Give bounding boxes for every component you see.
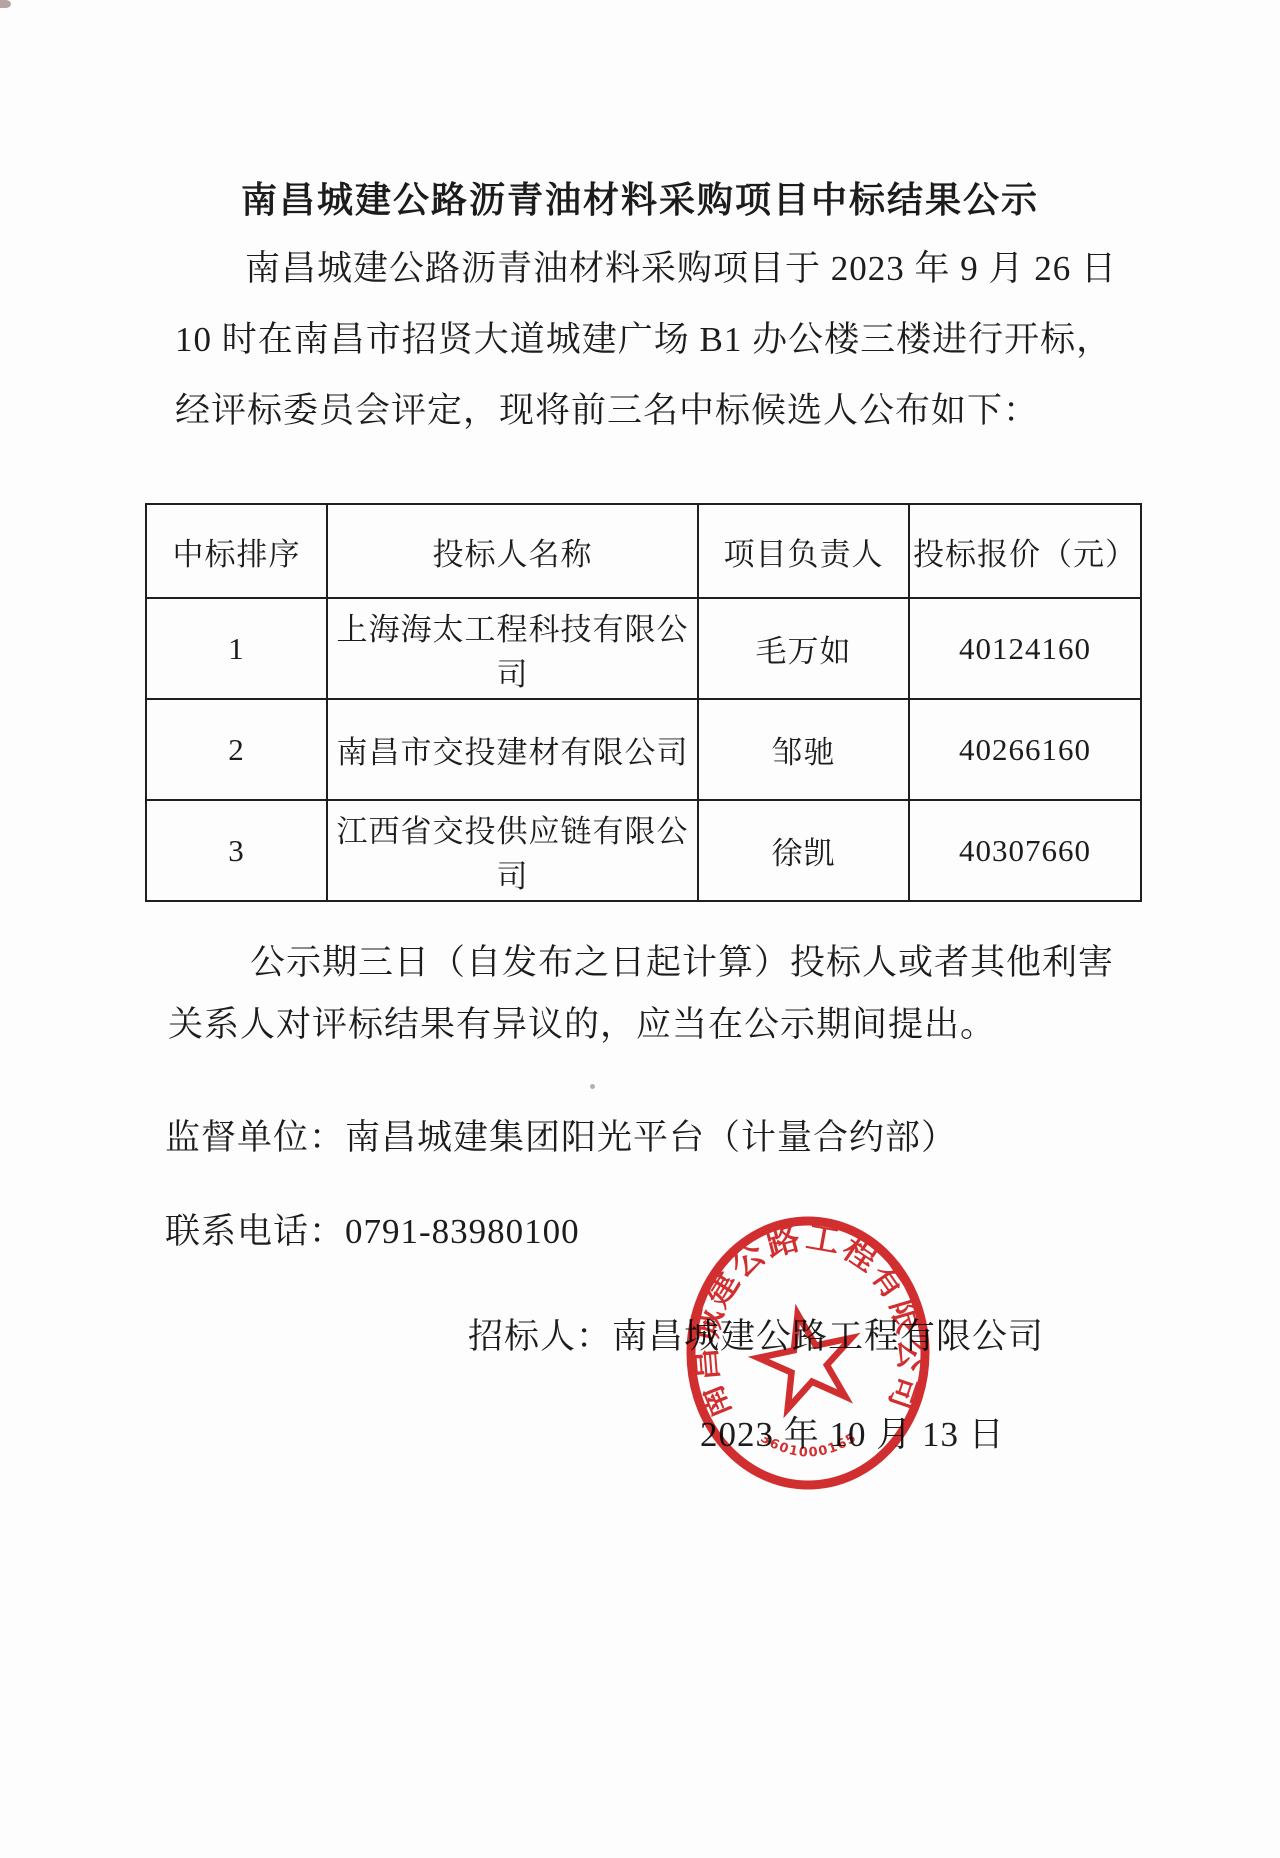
table-row: 2 南昌市交投建材有限公司 邹驰 40266160	[146, 699, 1141, 800]
header-price: 投标报价（元）	[909, 504, 1141, 598]
cell-price: 40124160	[909, 598, 1141, 699]
scan-speck	[0, 0, 11, 8]
cell-manager: 邹驰	[698, 699, 909, 800]
intro-line: 南昌城建公路沥青油材料采购项目于 2023 年 9 月 26 日	[175, 233, 1035, 304]
notice-line: 关系人对评标结果有异议的，应当在公示期间提出。	[168, 994, 1038, 1056]
scan-speck	[590, 1084, 595, 1089]
phone-line: 联系电话：0791-83980100	[165, 1204, 580, 1254]
cell-manager: 徐凯	[698, 800, 909, 901]
page-title: 南昌城建公路沥青油材料采购项目中标结果公示	[0, 172, 1280, 223]
intro-paragraph: 南昌城建公路沥青油材料采购项目于 2023 年 9 月 26 日 10 时在南昌…	[175, 233, 1035, 446]
table-row: 1 上海海太工程科技有限公司 毛万如 40124160	[146, 598, 1141, 699]
cell-manager: 毛万如	[698, 598, 909, 699]
header-manager: 项目负责人	[698, 504, 909, 598]
scanned-document-page: 南昌城建公路沥青油材料采购项目中标结果公示 南昌城建公路沥青油材料采购项目于 2…	[0, 0, 1280, 1858]
cell-bidder: 上海海太工程科技有限公司	[327, 598, 698, 699]
seal-company-text: 南昌城建公路工程有限公司	[686, 1219, 928, 1424]
header-rank: 中标排序	[146, 504, 327, 598]
cell-price: 40266160	[909, 699, 1141, 800]
cell-bidder: 南昌市交投建材有限公司	[327, 699, 698, 800]
intro-line: 10 时在南昌市招贤大道城建广场 B1 办公楼三楼进行开标，	[175, 304, 1035, 375]
notice-line: 公示期三日（自发布之日起计算）投标人或者其他利害	[168, 932, 1038, 994]
table-header-row: 中标排序 投标人名称 项目负责人 投标报价（元）	[146, 504, 1141, 598]
company-seal: 南昌城建公路工程有限公司 3601000165785	[678, 1208, 938, 1498]
notice-paragraph: 公示期三日（自发布之日起计算）投标人或者其他利害 关系人对评标结果有异议的，应当…	[168, 932, 1038, 1056]
cell-rank: 2	[146, 699, 327, 800]
bid-result-table: 中标排序 投标人名称 项目负责人 投标报价（元） 1 上海海太工程科技有限公司 …	[145, 503, 1142, 902]
cell-rank: 1	[146, 598, 327, 699]
header-bidder: 投标人名称	[327, 504, 698, 598]
table-row: 3 江西省交投供应链有限公司 徐凯 40307660	[146, 800, 1141, 901]
cell-rank: 3	[146, 800, 327, 901]
supervisor-line: 监督单位：南昌城建集团阳光平台（计量合约部）	[165, 1110, 957, 1160]
cell-bidder: 江西省交投供应链有限公司	[327, 800, 698, 901]
cell-price: 40307660	[909, 800, 1141, 901]
seal-star-icon	[758, 1314, 851, 1409]
intro-line: 经评标委员会评定，现将前三名中标候选人公布如下：	[175, 375, 1035, 446]
